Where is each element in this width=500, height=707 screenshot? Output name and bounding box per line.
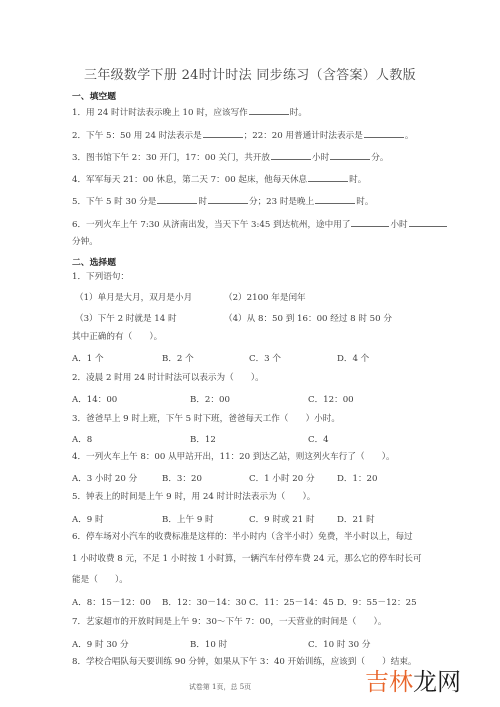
- question-choice-6-stem-line1: 6．停车场对小汽车的收费标准是这样的：半小时内（含半小时）免费，半小时以上，每过: [72, 532, 413, 543]
- question-text: 2．下午 5：50 用 24 时法表示是: [72, 131, 202, 141]
- question-text: 时。: [290, 108, 307, 118]
- question-choice-6-stem-line2: 1 小时收费 8 元，不足 1 小时按 1 小时算，一辆汽车付停车费 24 元，…: [72, 554, 422, 565]
- statement-1: （1）单月是大月，双月是小月: [75, 291, 192, 303]
- question-choice-2-stem: 2．凌晨 2 时用 24 时计时法可以表示为（ ）。: [72, 373, 264, 384]
- document-page: 三年级数学下册 24时计时法 同步练习（含答案）人教版 一、填空题 1．用 24…: [0, 0, 500, 707]
- statement-4: （4）从 8：50 到 16：00 经过 8 时 50 分: [224, 312, 392, 324]
- option-a[interactable]: A．8: [72, 433, 92, 445]
- option-c[interactable]: C．9 时或 21 时: [249, 513, 315, 525]
- question-fill-6: 6．一列火车上午 7:30 从济南出发，当天下午 3:45 到达杭州，途中用了小…: [72, 217, 448, 231]
- option-c[interactable]: C．12：00: [308, 393, 354, 405]
- option-d[interactable]: D．9：55－12：25: [337, 596, 417, 608]
- answer-blank[interactable]: [364, 128, 404, 138]
- option-b[interactable]: B．10 时: [190, 638, 227, 650]
- option-b[interactable]: B．3：20: [162, 472, 202, 484]
- question-text: ；22：20 用普通计时法表示是: [244, 131, 363, 141]
- question-text: 时: [198, 197, 207, 207]
- question-text: 5．下午 5 时 30 分是: [72, 197, 156, 207]
- document-title: 三年级数学下册 24时计时法 同步练习（含答案）人教版: [0, 64, 500, 83]
- question-choice-8-stem: 8．学校合唱队每天要训练 90 分钟，如果从下午 3：40 开始训练，应该到（ …: [72, 657, 417, 668]
- question-text: 6．一列火车上午 7:30 从济南出发，当天下午 3:45 到达杭州，途中用了: [72, 220, 350, 230]
- option-a[interactable]: A．3 小时 20 分: [72, 472, 137, 484]
- option-a[interactable]: A．9 时 30 分: [72, 638, 129, 650]
- option-b[interactable]: B．12: [190, 433, 216, 445]
- option-c[interactable]: C．10 时 30 分: [308, 638, 370, 650]
- question-fill-3: 3．图书馆下午 2：30 开门，17：00 关门，共开放小时分。: [72, 150, 388, 164]
- option-c[interactable]: C．3 个: [249, 352, 281, 364]
- question-fill-6-continuation: 分钟。: [72, 237, 98, 248]
- option-a[interactable]: A．9 时: [72, 513, 104, 525]
- question-text: 分。: [371, 153, 388, 163]
- answer-blank[interactable]: [351, 217, 389, 227]
- question-choice-6-stem-line3: 能是（ ）。: [72, 575, 128, 586]
- answer-blank[interactable]: [249, 105, 289, 115]
- question-fill-1: 1．用 24 时计时法表示晚上 10 时，应该写作时。: [72, 105, 307, 119]
- question-choice-3-stem: 3．爸爸早上 9 时上班，下午 5 时下班，爸爸每天工作（ ）小时。: [72, 414, 340, 425]
- question-choice-5-stem: 5．钟表上的时间是上午 9 时，用 24 时计时法表示为（ ）。: [72, 492, 315, 503]
- watermark-part-2: 龙网: [413, 668, 461, 696]
- answer-blank[interactable]: [308, 172, 348, 182]
- option-d[interactable]: D．21 时: [337, 513, 375, 525]
- option-b[interactable]: B．2 个: [162, 352, 194, 364]
- question-text: 时。: [356, 197, 373, 207]
- question-text: 。: [405, 131, 414, 141]
- option-d[interactable]: D．1：20: [337, 472, 377, 484]
- question-text: 小时: [390, 220, 407, 230]
- answer-blank[interactable]: [157, 194, 197, 204]
- question-text: 4．军军每天 21：00 休息，第二天 7：00 起床，他每天休息: [72, 175, 307, 185]
- question-text: 时。: [349, 175, 366, 185]
- question-fill-4: 4．军军每天 21：00 休息，第二天 7：00 起床，他每天休息时。: [72, 172, 366, 186]
- option-c[interactable]: C．11：25－14：45: [249, 596, 334, 608]
- answer-blank[interactable]: [409, 217, 447, 227]
- answer-blank[interactable]: [203, 128, 243, 138]
- question-fill-5: 5．下午 5 时 30 分是时分；23 时是晚上时。: [72, 194, 373, 208]
- question-text: 小时: [312, 153, 329, 163]
- question-choice-1-prompt: 其中正确的有（ ）。: [72, 332, 162, 343]
- question-text: 1．用 24 时计时法表示晚上 10 时，应该写作: [72, 108, 248, 118]
- option-b[interactable]: B．上午 9 时: [162, 513, 214, 525]
- question-choice-1-stem: 1．下列语句：: [72, 272, 129, 283]
- question-fill-2: 2．下午 5：50 用 24 时法表示是；22：20 用普通计时法表示是。: [72, 128, 413, 142]
- answer-blank[interactable]: [271, 150, 311, 160]
- option-b[interactable]: B．2：00: [190, 393, 230, 405]
- section-heading-fill-blank: 一、填空题: [72, 89, 116, 102]
- watermark-part-1: 吉林: [365, 668, 413, 696]
- statement-2: （2）2100 年是闰年: [224, 291, 306, 303]
- answer-blank[interactable]: [330, 150, 370, 160]
- option-a[interactable]: A．1 个: [72, 352, 104, 364]
- option-d[interactable]: D．4 个: [337, 352, 369, 364]
- answer-blank[interactable]: [315, 194, 355, 204]
- question-choice-4-stem: 4．一列火车上午 8：00 从甲站开出，11：20 到达乙站，则这列火车行了（ …: [72, 452, 395, 463]
- question-choice-7-stem: 7．艺家超市的开放时间是上午 9：30～下午 7：00，一天营业的时间是（ ）。: [72, 617, 386, 628]
- option-a[interactable]: A．14：00: [72, 393, 117, 405]
- option-b[interactable]: B．12：30－14：30: [162, 596, 246, 608]
- statement-3: （3）下午 2 时就是 14 时: [75, 312, 177, 324]
- question-text: 3．图书馆下午 2：30 开门，17：00 关门，共开放: [72, 153, 270, 163]
- section-heading-multiple-choice: 二、选择题: [72, 255, 116, 268]
- option-c[interactable]: C．1 小时 20 分: [249, 472, 315, 484]
- option-c[interactable]: C．4: [308, 433, 329, 445]
- answer-blank[interactable]: [208, 194, 248, 204]
- question-text: 分；23 时是晚上: [249, 197, 314, 207]
- option-a[interactable]: A．8：15－12：00: [72, 596, 151, 608]
